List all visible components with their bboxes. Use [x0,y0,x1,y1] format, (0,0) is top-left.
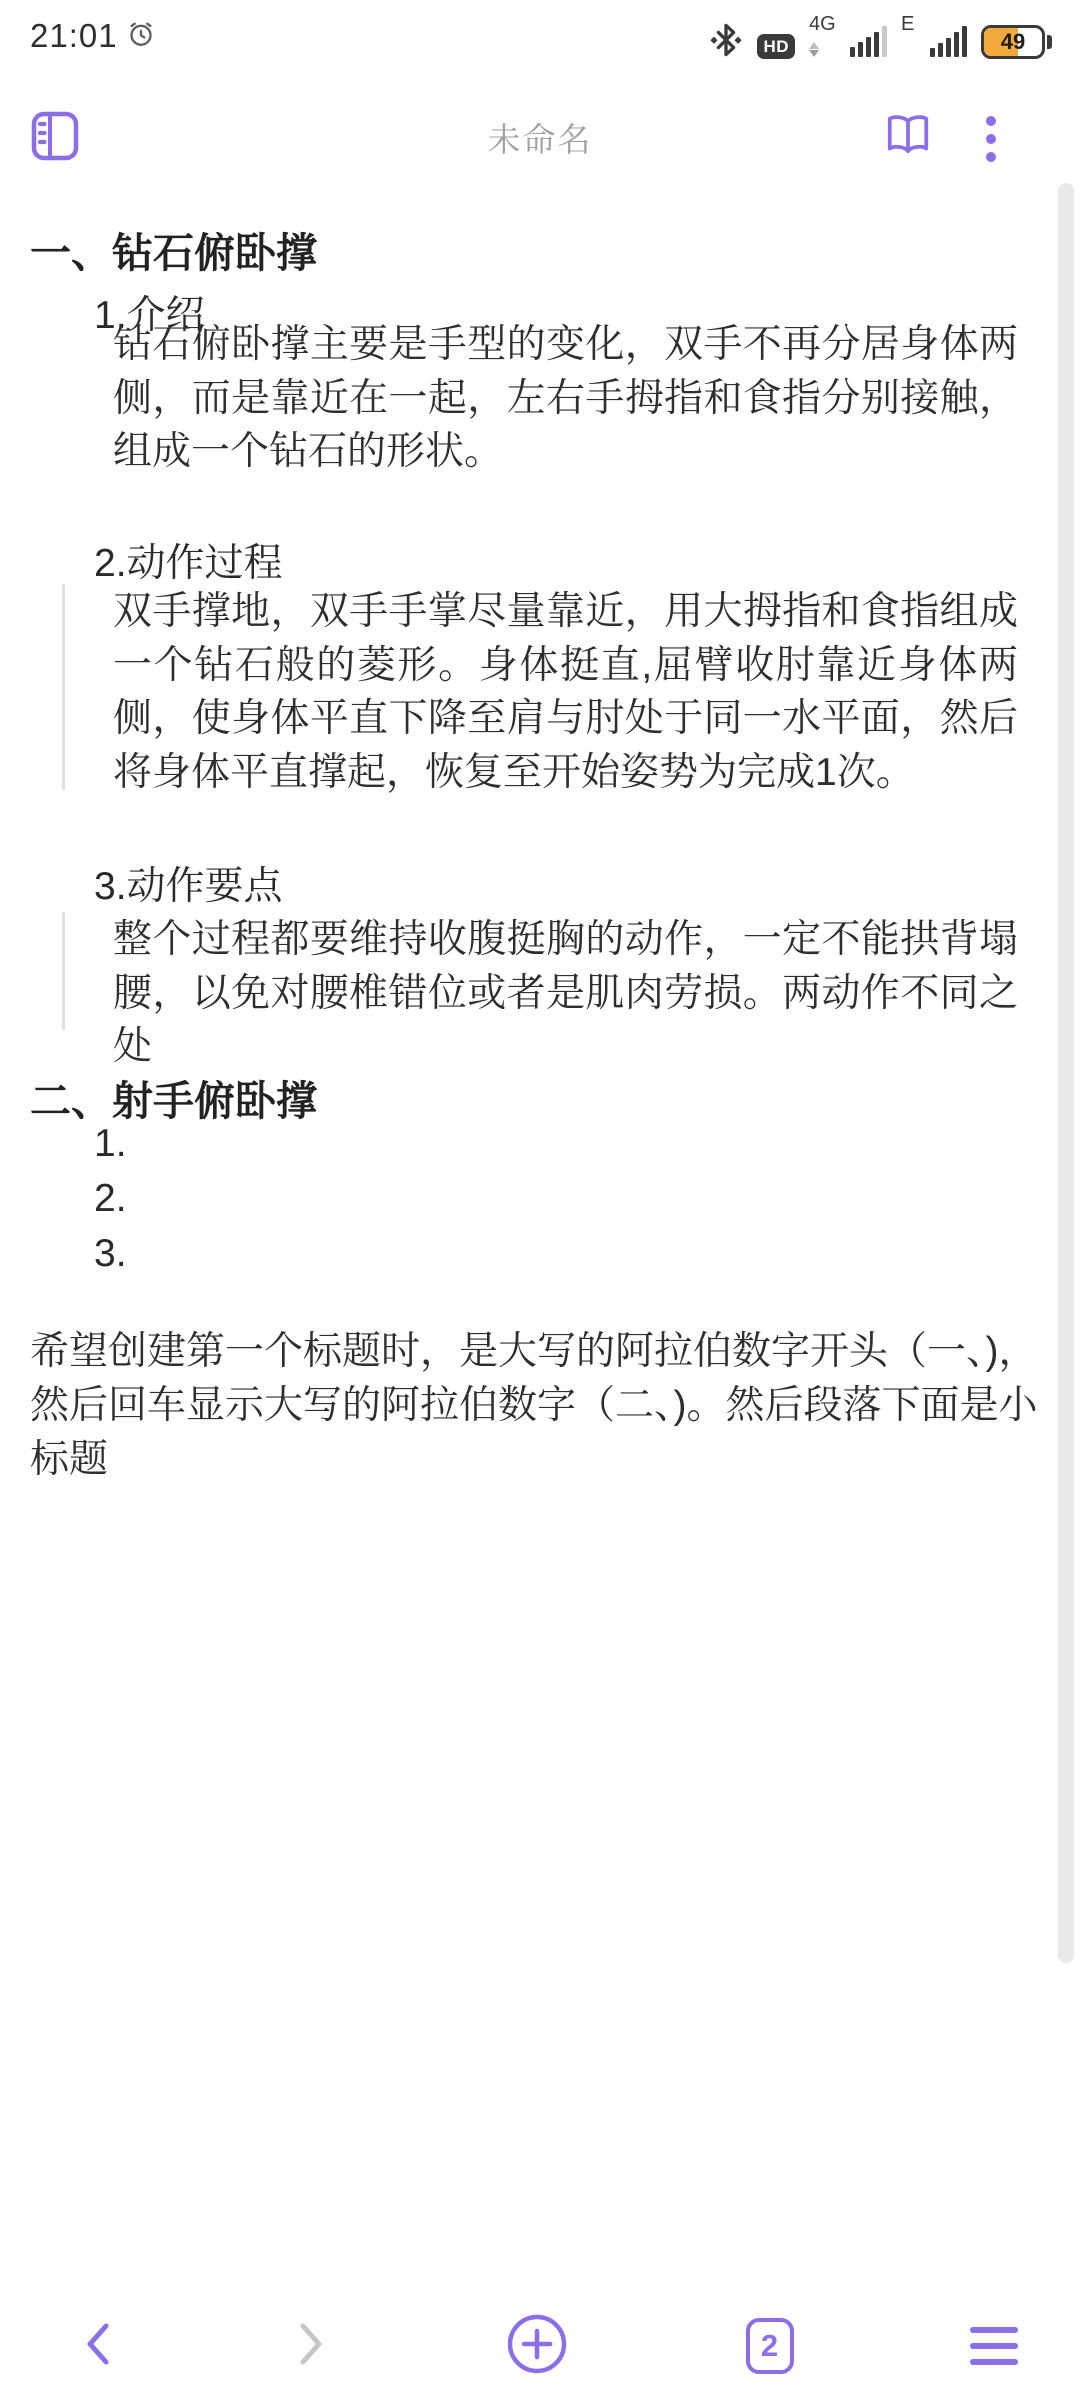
list-item-1[interactable]: 1. [94,1122,127,1166]
tabs-count-button[interactable]: 2 [746,2318,794,2374]
paragraph-guide-line [62,584,65,790]
add-note-button[interactable] [505,2312,569,2381]
page-count-label: 2 [761,2328,778,2364]
menu-button[interactable] [970,2327,1018,2365]
undo-button[interactable] [80,2318,116,2375]
paragraph-key-points[interactable]: 整个过程都要维持收腹挺胸的动作，一定不能拱背塌腰，以免对腰椎错位或者是肌肉劳损。… [113,913,1018,1074]
hamburger-icon [970,2327,1018,2333]
list-item-3[interactable]: 3. [94,1232,127,1276]
heading-diamond-pushup[interactable]: 一、钻石俯卧撑 [30,220,317,279]
subheading-movement[interactable]: 2.动作过程 [94,532,283,588]
notes-app-screen: 21:01 HD 4G [0,0,1080,2400]
bottom-toolbar: 2 [0,2292,1080,2400]
redo-button[interactable] [293,2318,329,2375]
note-editor: 一、钻石俯卧撑 1.介绍 钻石俯卧撑主要是手型的变化，双手不再分居身体两侧，而是… [0,0,1080,2400]
scrollbar[interactable] [1058,183,1074,1963]
subheading-key-points[interactable]: 3.动作要点 [94,855,283,911]
chevron-left-icon [80,2318,116,2375]
paragraph-movement[interactable]: 双手撑地，双手手掌尽量靠近，用大拇指和食指组成一个钻石般的菱形。身体挺直,屈臂收… [113,585,1018,799]
paragraph-formatting-request[interactable]: 希望创建第一个标题时，是大写的阿拉伯数字开头（一、)，然后回车显示大写的阿拉伯数… [30,1325,1040,1487]
chevron-right-icon [293,2318,329,2375]
paragraph-guide-line [62,912,65,1030]
list-item-2[interactable]: 2. [94,1177,127,1221]
plus-circle-icon [505,2312,569,2381]
paragraph-intro[interactable]: 钻石俯卧撑主要是手型的变化，双手不再分居身体两侧，而是靠近在一起，左右手拇指和食… [113,318,1018,479]
heading-archer-pushup[interactable]: 二、射手俯卧撑 [30,1068,317,1127]
